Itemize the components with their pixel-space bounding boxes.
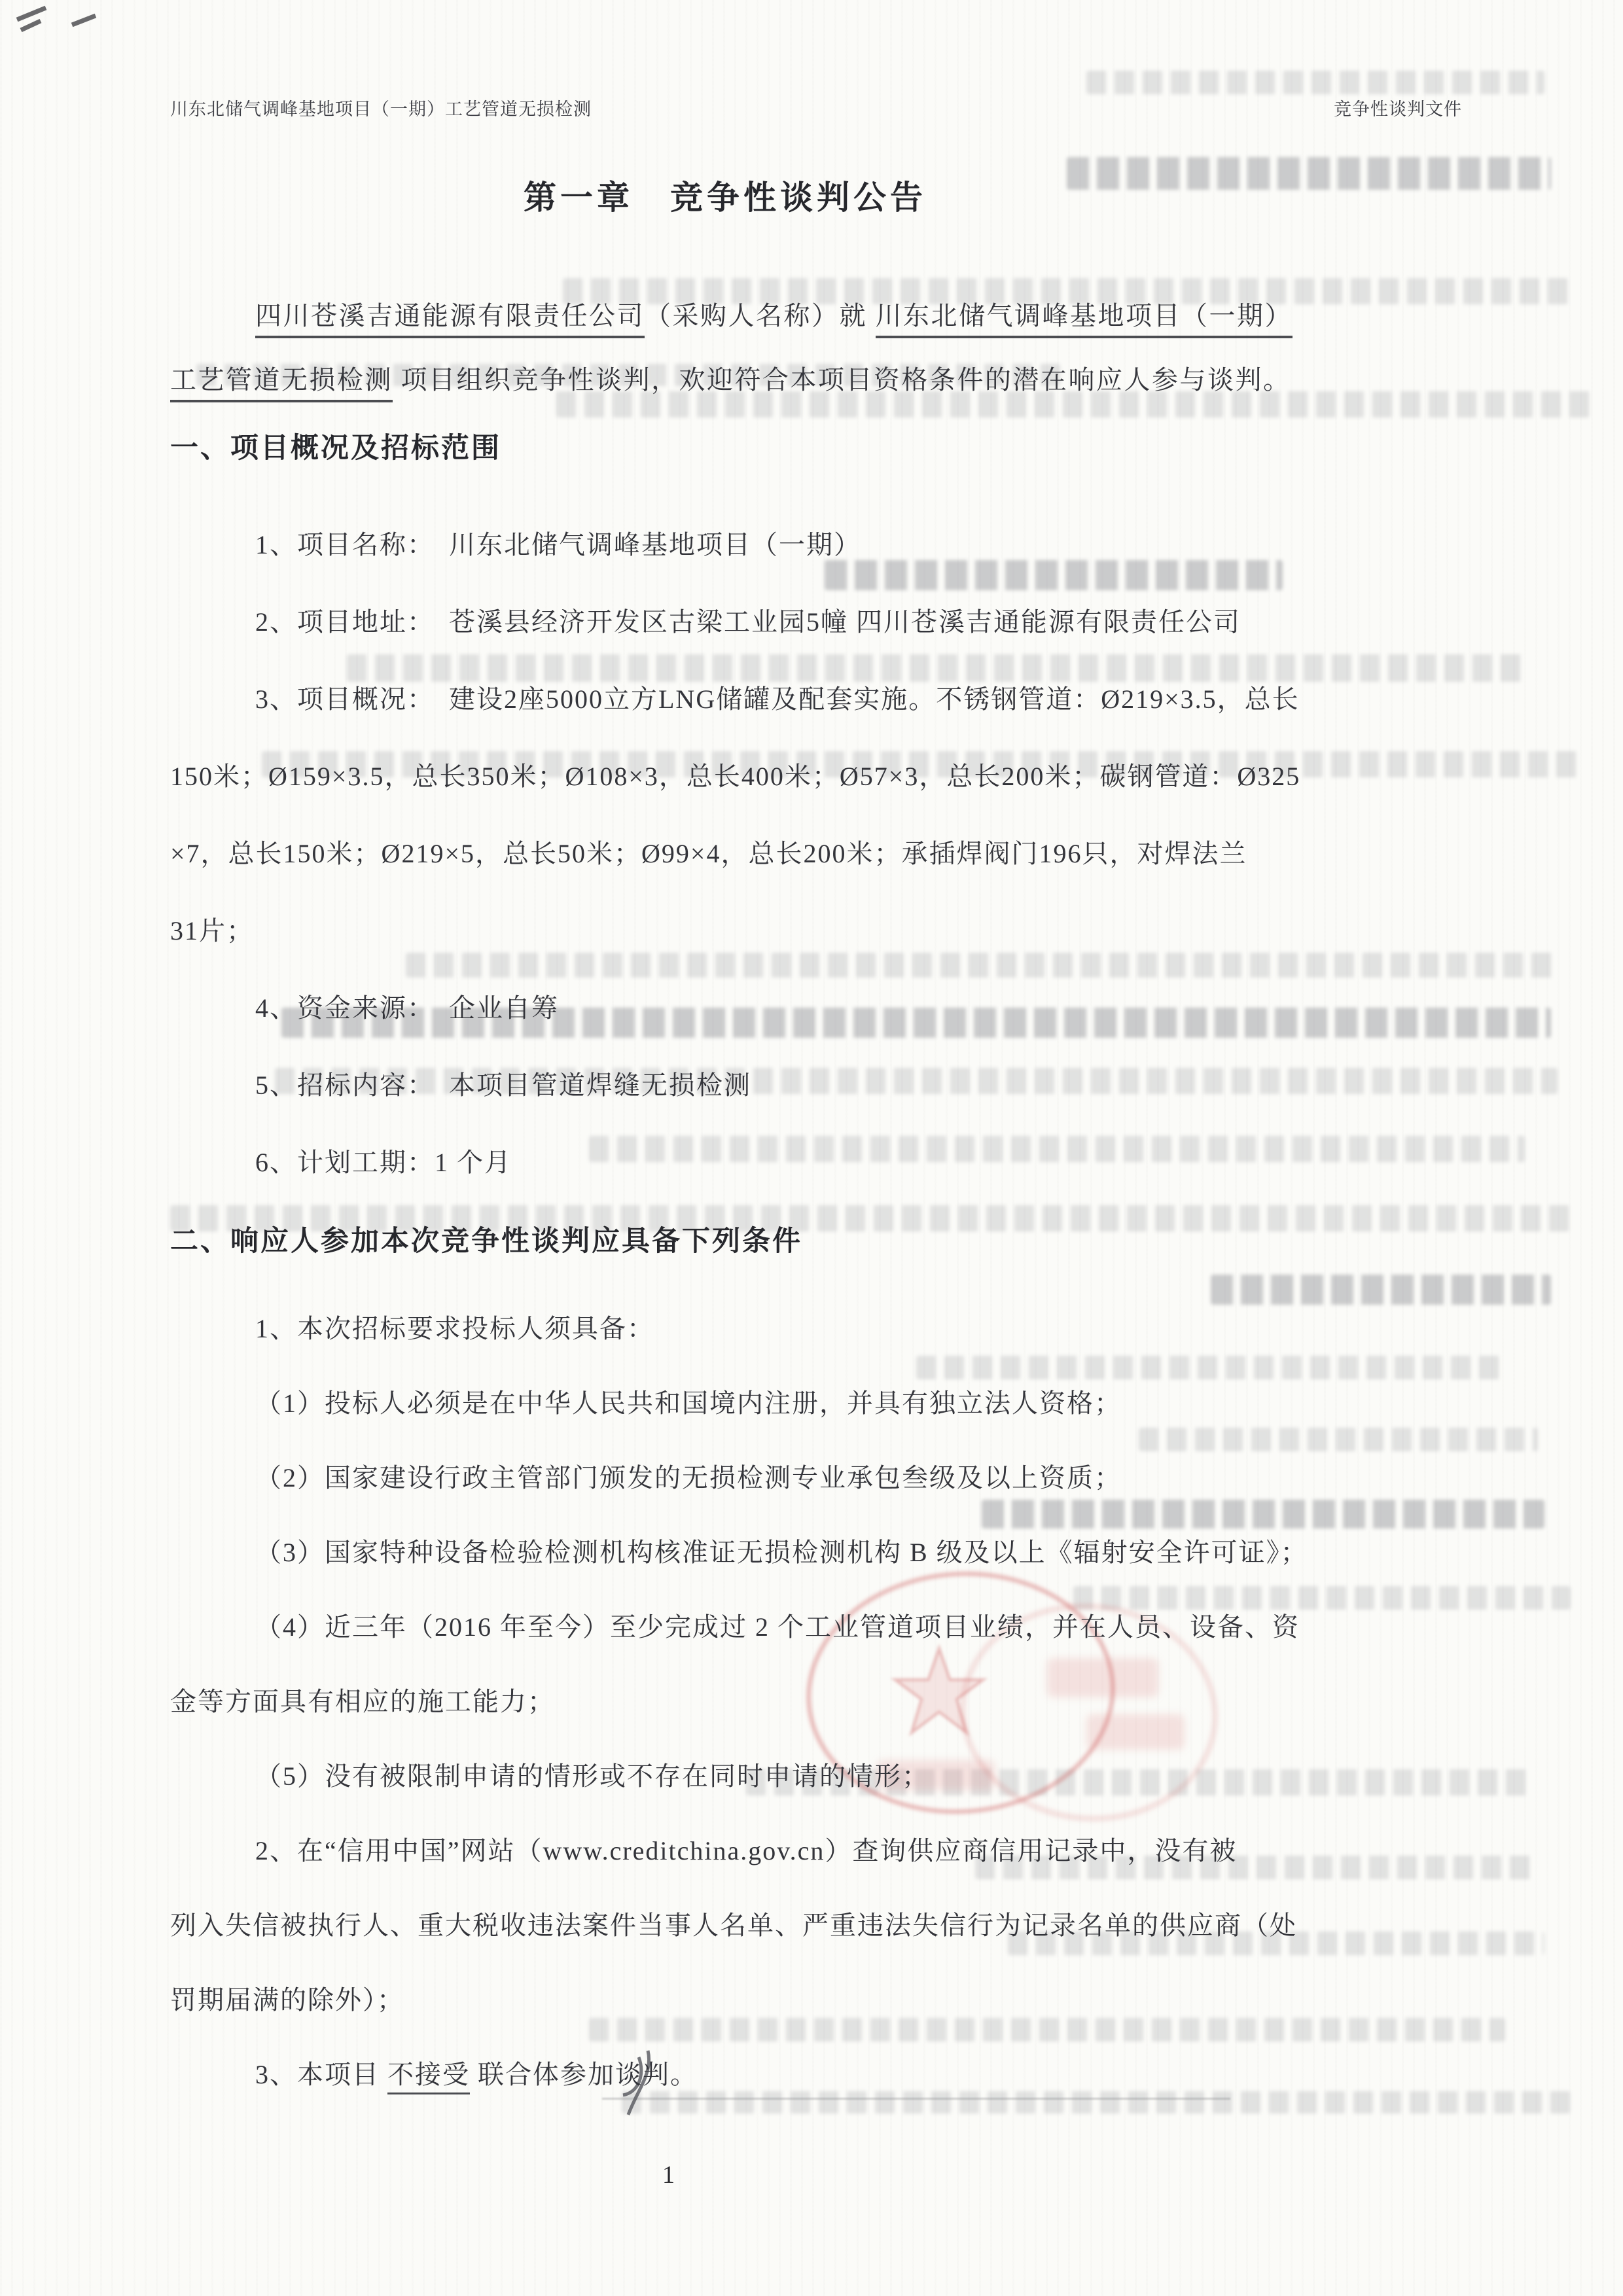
- text-line: （4）近三年（2016 年至今）至少完成过 2 个工业管道项目业绩，并在人员、设…: [170, 1612, 1525, 1642]
- text-line: 1、本次招标要求投标人须具备：: [170, 1314, 1525, 1344]
- text-line: 4、资金来源： 企业自筹: [170, 993, 1525, 1023]
- text-line: （2）国家建设行政主管部门颁发的无损检测专业承包叁级及以上资质；: [170, 1463, 1525, 1493]
- text-line: （3）国家特种设备检验检测机构核准证无损检测机构 B 级及以上《辐射安全许可证》…: [170, 1538, 1525, 1568]
- text-segment: 31片；: [170, 916, 254, 945]
- text-segment: 项目组织竞争性谈判，欢迎符合本项目资格条件的潜在响应人参与谈判。: [393, 365, 1291, 395]
- page-number: 1: [662, 2161, 675, 2189]
- text-line: 3、本项目 不接受 联合体参加谈判。: [170, 2060, 1525, 2090]
- intro-paragraph-line-2: 工艺管道无损检测 项目组织竞争性谈判，欢迎符合本项目资格条件的潜在响应人参与谈判…: [170, 365, 1525, 395]
- underlined-fill-in-text: 工艺管道无损检测: [170, 365, 393, 402]
- text-line: 金等方面具有相应的施工能力；: [170, 1687, 1525, 1717]
- header-left-running-title: 川东北储气调峰基地项目（一期）工艺管道无损检测: [170, 98, 592, 120]
- intro-paragraph-line-1: 四川苍溪吉通能源有限责任公司（采购人名称）就 川东北储气调峰基地项目（一期）: [170, 301, 1525, 331]
- section-2-heading: 二、响应人参加本次竞争性谈判应具备下列条件: [170, 1225, 1525, 1258]
- text-line: 150米；Ø159×3.5，总长350米；Ø108×3，总长400米；Ø57×3…: [170, 762, 1525, 792]
- text-segment: （采购人名称）就: [645, 301, 876, 330]
- text-segment: 列入失信被执行人、重大税收违法案件当事人名单、严重违法失信行为记录名单的供应商（…: [170, 1911, 1297, 1940]
- scanned-document-page: { "theme":{"paper":"#fbfbf8","ink":"#333…: [0, 0, 1623, 2296]
- text-segment: 3、本项目: [255, 2060, 387, 2089]
- text-segment: （3）国家特种设备检验检测机构核准证无损检测机构 B 级及以上《辐射安全许可证》…: [255, 1538, 1308, 1567]
- text-line: （1）投标人必须是在中华人民共和国境内注册，并具有独立法人资格；: [170, 1388, 1525, 1419]
- text-line: 3、项目概况： 建设2座5000立方LNG储罐及配套实施。不锈钢管道：Ø219×…: [170, 684, 1525, 715]
- text-segment: 6、计划工期：1 个月: [255, 1148, 512, 1177]
- text-segment: （5）没有被限制申请的情形或不存在同时申请的情形；: [255, 1761, 929, 1791]
- text-segment: ×7，总长150米；Ø219×5，总长50米；Ø99×4，总长200米；承插焊阀…: [170, 839, 1247, 868]
- text-segment: 3、项目概况： 建设2座5000立方LNG储罐及配套实施。不锈钢管道：Ø219×…: [255, 684, 1300, 714]
- text-segment: 2、在“信用中国”网站（www.creditchina.gov.cn）查询供应商…: [255, 1836, 1237, 1865]
- text-segment: 1、本次招标要求投标人须具备：: [255, 1314, 654, 1343]
- text-segment: 金等方面具有相应的施工能力；: [170, 1687, 555, 1716]
- section-1-content: 1、项目名称： 川东北储气调峰基地项目（一期）2、项目地址： 苍溪县经济开发区古…: [170, 530, 1525, 1178]
- text-segment: 4、资金来源： 企业自筹: [255, 993, 559, 1023]
- text-segment: 罚期届满的除外）；: [170, 1985, 404, 2015]
- underlined-fill-in-text: 川东北储气调峰基地项目（一期）: [876, 301, 1293, 338]
- document-body: 川东北储气调峰基地项目（一期）工艺管道无损检测 竞争性谈判文件 第一章 竞争性谈…: [0, 0, 1623, 2296]
- text-line: 31片；: [170, 916, 1525, 946]
- header-right-doc-type: 竞争性谈判文件: [1334, 98, 1462, 120]
- text-line: 2、项目地址： 苍溪县经济开发区古梁工业园5幢 四川苍溪吉通能源有限责任公司: [170, 607, 1525, 637]
- text-segment: 5、招标内容： 本项目管道焊缝无损检测: [255, 1070, 751, 1100]
- text-segment: 2、项目地址： 苍溪县经济开发区古梁工业园5幢 四川苍溪吉通能源有限责任公司: [255, 607, 1241, 637]
- text-line: 5、招标内容： 本项目管道焊缝无损检测: [170, 1070, 1525, 1101]
- text-line: 罚期届满的除外）；: [170, 1985, 1525, 2015]
- text-line: （5）没有被限制申请的情形或不存在同时申请的情形；: [170, 1761, 1525, 1792]
- chapter-title: 第一章 竞争性谈判公告: [524, 178, 927, 217]
- text-line: 2、在“信用中国”网站（www.creditchina.gov.cn）查询供应商…: [170, 1836, 1525, 1866]
- page-header: 川东北储气调峰基地项目（一期）工艺管道无损检测 竞争性谈判文件: [170, 98, 1525, 120]
- text-line: 1、项目名称： 川东北储气调峰基地项目（一期）: [170, 530, 1525, 560]
- text-line: 列入失信被执行人、重大税收违法案件当事人名单、严重违法失信行为记录名单的供应商（…: [170, 1911, 1525, 1941]
- section-1-heading: 一、项目概况及招标范围: [170, 432, 1525, 465]
- text-line: 6、计划工期：1 个月: [170, 1148, 1525, 1178]
- underlined-fill-in-text: 不接受: [387, 2060, 470, 2094]
- text-segment: （1）投标人必须是在中华人民共和国境内注册，并具有独立法人资格；: [255, 1388, 1122, 1418]
- text-line: ×7，总长150米；Ø219×5，总长50米；Ø99×4，总长200米；承插焊阀…: [170, 839, 1525, 869]
- text-segment: 联合体参加谈判。: [470, 2060, 698, 2089]
- text-segment: 150米；Ø159×3.5，总长350米；Ø108×3，总长400米；Ø57×3…: [170, 762, 1300, 791]
- text-segment: （4）近三年（2016 年至今）至少完成过 2 个工业管道项目业绩，并在人员、设…: [255, 1612, 1300, 1642]
- text-segment: （2）国家建设行政主管部门颁发的无损检测专业承包叁级及以上资质；: [255, 1463, 1122, 1492]
- section-2-content: 1、本次招标要求投标人须具备：（1）投标人必须是在中华人民共和国境内注册，并具有…: [170, 1314, 1525, 2090]
- text-segment: 1、项目名称： 川东北储气调峰基地项目（一期）: [255, 530, 861, 559]
- underlined-fill-in-text: 四川苍溪吉通能源有限责任公司: [255, 301, 645, 338]
